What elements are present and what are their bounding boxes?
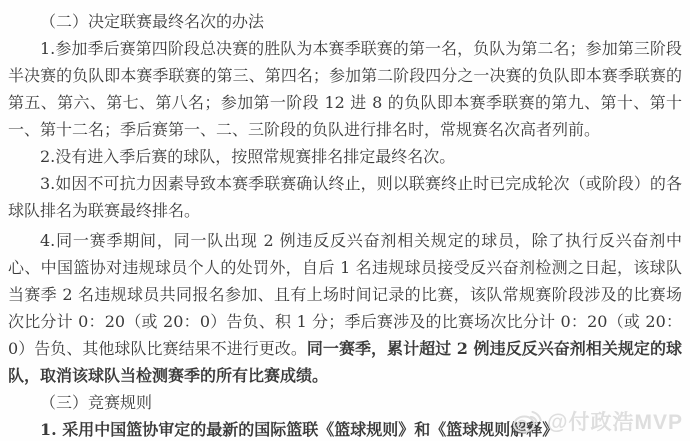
document-page: （二）决定联赛最终名次的办法1.参加季后赛第四阶段总决赛的胜队为本赛季联赛的第一… <box>0 0 690 441</box>
section-heading-3: （三）竞赛规则 <box>8 389 682 416</box>
rule-ranking-3: 3.如因不可抗力因素导致本赛季联赛确认终止，则以联赛终止时已完成轮次（或阶段）的… <box>8 170 682 224</box>
rule-competition-1: 1. 采用中国篮协审定的最新的国际篮联《篮球规则》和《篮球规则解释》 <box>8 416 682 441</box>
text-run: 1.参加季后赛第四阶段总决赛的胜队为本赛季联赛的第一名，负队为第二名；参加第三阶… <box>8 39 682 139</box>
section-heading-2: （二）决定联赛最终名次的办法 <box>8 8 682 35</box>
rule-ranking-4-antidoping: 4.同一赛季期间，同一队出现 2 例违反反兴奋剂相关规定的球员，除了执行反兴奋剂… <box>8 227 682 389</box>
rule-ranking-1: 1.参加季后赛第四阶段总决赛的胜队为本赛季联赛的第一名，负队为第二名；参加第三阶… <box>8 35 682 143</box>
text-run: （二）决定联赛最终名次的办法 <box>40 12 264 31</box>
text-run: 2.没有进入季后赛的球队，按照常规赛排名排定最终名次。 <box>40 147 455 166</box>
text-run: 3.如因不可抗力因素导致本赛季联赛确认终止，则以联赛终止时已完成轮次（或阶段）的… <box>8 174 682 220</box>
text-run: （三）竞赛规则 <box>40 393 152 412</box>
rule-ranking-2: 2.没有进入季后赛的球队，按照常规赛排名排定最终名次。 <box>8 143 682 170</box>
text-run: 1. 采用中国篮协审定的最新的国际篮联《篮球规则》和《篮球规则解释》 <box>40 420 558 439</box>
document-body: （二）决定联赛最终名次的办法1.参加季后赛第四阶段总决赛的胜队为本赛季联赛的第一… <box>0 0 690 441</box>
